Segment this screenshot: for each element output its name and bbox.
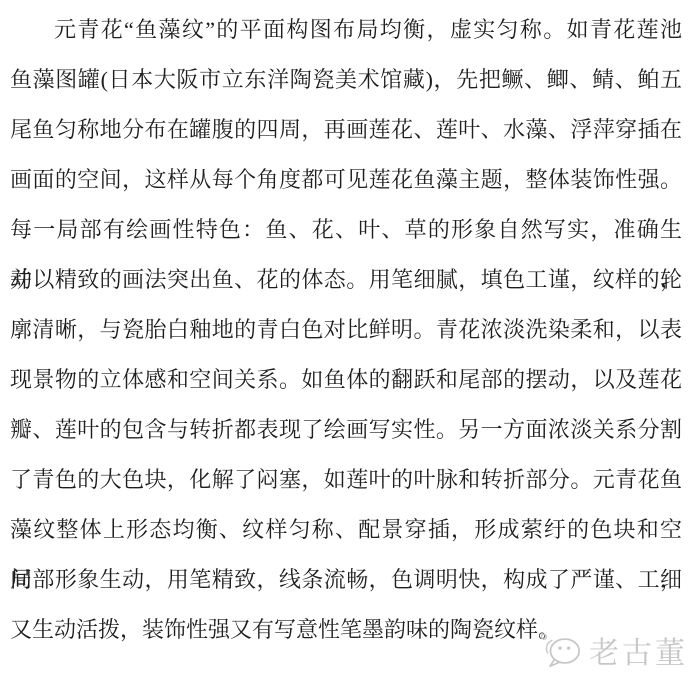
text-line: 瓣、莲叶的包含与转折都表现了绘画写实性。另一方面浓淡关系分割 bbox=[10, 405, 682, 455]
watermark-label: 老古董 bbox=[589, 634, 688, 674]
wechat-logo-icon bbox=[538, 630, 584, 677]
text-line: 了青色的大色块，化解了闷塞，如莲叶的叶脉和转折部分。元青花鱼 bbox=[10, 455, 682, 505]
text-line: 局部形象生动，用笔精致，线条流畅，色调明快，构成了严谨、工细 bbox=[10, 555, 682, 605]
text-line: 尾鱼匀称地分布在罐腹的四周，再画莲花、莲叶、水藻、浮萍穿插在 bbox=[10, 105, 682, 155]
article-page: 元青花“鱼藻纹”的平面构图布局均衡，虚实匀称。如青花莲池 鱼藻图罐(日本大阪市立… bbox=[0, 0, 692, 685]
text-line: 并以精致的画法突出鱼、花的体态。用笔细腻，填色工谨，纹样的轮 bbox=[10, 255, 682, 305]
article-paragraph: 元青花“鱼藻纹”的平面构图布局均衡，虚实匀称。如青花莲池 鱼藻图罐(日本大阪市立… bbox=[10, 5, 682, 655]
text-line: 画面的空间，这样从每个角度都可见莲花鱼藻主题，整体装饰性强。 bbox=[10, 155, 682, 205]
text-line: 藻纹整体上形态均衡、纹样匀称、配景穿插，形成萦纡的色块和空间， bbox=[10, 505, 682, 555]
text-line: 现景物的立体感和空间关系。如鱼体的翻跃和尾部的摆动，以及莲花 bbox=[10, 355, 682, 405]
text-line: 每一局部有绘画性特色：鱼、花、叶、草的形象自然写实，准确生动， bbox=[10, 205, 682, 255]
text-line: 廓清晰，与瓷胎白釉地的青白色对比鲜明。青花浓淡洗染柔和，以表 bbox=[10, 305, 682, 355]
watermark: 老古董 bbox=[538, 630, 688, 677]
text-line: 鱼藻图罐(日本大阪市立东洋陶瓷美术馆藏)，先把鳜、鲫、鲭、鲌五 bbox=[10, 55, 682, 105]
text-line: 元青花“鱼藻纹”的平面构图布局均衡，虚实匀称。如青花莲池 bbox=[10, 5, 682, 55]
